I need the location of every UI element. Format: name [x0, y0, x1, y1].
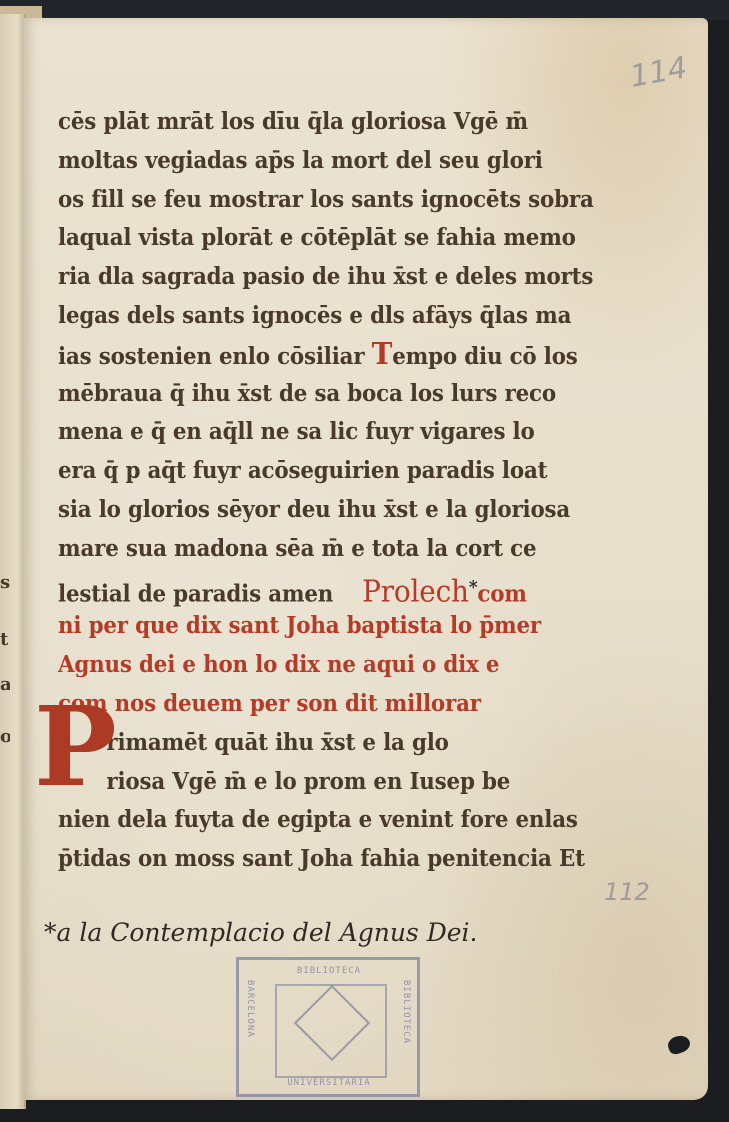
- text-line-continuation: empo diu cō los: [392, 343, 577, 370]
- text-line-start: ias sostenien enlo cōsiliar: [58, 343, 364, 370]
- marginal-note: *a la Contemplacio del Agnus Dei.: [44, 918, 477, 947]
- rubric-line: Agnus dei e hon lo dix ne aqui o dix e: [58, 646, 597, 685]
- text-line-start: lestial de paradis amen: [58, 580, 333, 607]
- text-line: sia lo glorios sēyor deu ihu x̄st e la g…: [58, 491, 597, 530]
- text-line: mēbraua q̄ ihu x̄st de sa boca los lurs …: [58, 375, 597, 414]
- adjacent-page-fragment: t: [0, 629, 10, 650]
- stamp-text: BARCELONA: [245, 980, 255, 1038]
- text-line: riosa Vgē m̄ e lo prom en Iusep be: [58, 763, 597, 802]
- folio-number-bottom: 112: [604, 878, 650, 906]
- text-line: moltas vegiadas ap̄s la mort del seu glo…: [58, 142, 597, 181]
- text-line: ria dla sagrada pasio de ihu x̄st e dele…: [58, 258, 597, 297]
- text-line: laqual vista plorāt e cōtēplāt se fahia …: [58, 219, 597, 258]
- rubric-heading: Prolech: [362, 574, 469, 609]
- main-text-block: cēs plāt mrāt los dīu q̄la gloriosa Vgē …: [58, 103, 638, 879]
- adjacent-page-fragment: a: [0, 674, 10, 695]
- decorated-initial: P: [34, 702, 117, 792]
- text-line: nien dela fuyta de egipta e venint fore …: [58, 801, 597, 840]
- stamp-text: BIBLIOTECA: [279, 966, 379, 976]
- stamp-text: UNIVERSITARIA: [279, 1078, 379, 1088]
- text-line: lestial de paradis amen Prolech*com: [58, 569, 597, 608]
- scan-background-top: [0, 0, 729, 20]
- rubricated-initial: T: [372, 337, 393, 372]
- library-stamp: BIBLIOTECA UNIVERSITARIA BARCELONA BIBLI…: [236, 957, 420, 1097]
- text-line: os fill se feu mostrar los sants ignocēt…: [58, 181, 597, 220]
- adjacent-page-edge: s t a o: [0, 14, 26, 1109]
- rubric-line: com nos deuem per son dit millorar: [58, 685, 597, 724]
- text-line: era q̄ p aq̄t fuyr acōseguirien paradis …: [58, 452, 597, 491]
- adjacent-page-fragment: s: [0, 572, 10, 593]
- text-line: p̄tidas on moss sant Joha fahia penitenc…: [58, 840, 597, 879]
- adjacent-page-fragment: o: [0, 726, 10, 747]
- text-line: ias sostenien enlo cōsiliar Tempo diu cō…: [58, 336, 597, 375]
- stamp-text: BIBLIOTECA: [401, 980, 411, 1044]
- text-line: mare sua madona sēa m̄ e tota la cort ce: [58, 530, 597, 569]
- text-line: cēs plāt mrāt los dīu q̄la gloriosa Vgē …: [58, 103, 597, 142]
- text-line: legas dels sants ignocēs e dls afāys q̄l…: [58, 297, 597, 336]
- text-line: mena e q̄ en aq̄ll ne sa lic fuyr vigare…: [58, 413, 597, 452]
- rubric-heading-tail: com: [477, 580, 526, 607]
- text-line: rimamēt quāt ihu x̄st e la glo: [58, 724, 597, 763]
- insertion-mark: *: [469, 577, 478, 598]
- rubric-line: ni per que dix sant Joha baptista lo p̄m…: [58, 607, 597, 646]
